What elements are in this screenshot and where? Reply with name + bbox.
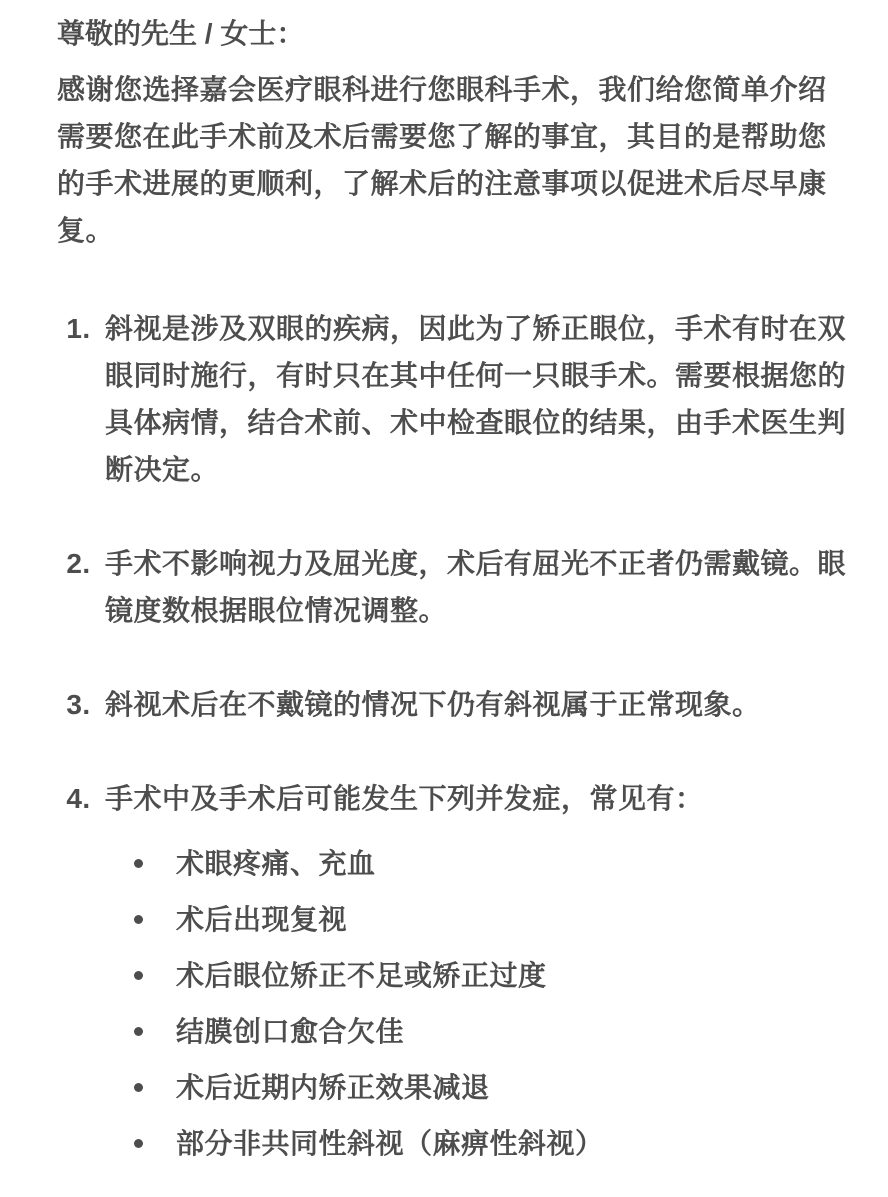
bullet-icon [134,971,143,980]
complication-text: 术后近期内矫正效果减退 [176,1072,490,1103]
complication-text: 术眼疼痛、充血 [176,848,376,879]
salutation: 尊敬的先生 / 女士： [57,10,852,57]
complication-item: 部分非共同性斜视（麻痹性斜视） [176,1120,852,1167]
numbered-item-text: 手术不影响视力及屈光度，术后有屈光不正者仍需戴镜。眼镜度数根据眼位情况调整。 [105,548,846,626]
numbered-item: 斜视术后在不戴镜的情况下仍有斜视属于正常现象。 [99,681,852,728]
complication-text: 术后眼位矫正不足或矫正过度 [176,960,547,991]
numbered-item: 手术不影响视力及屈光度，术后有屈光不正者仍需戴镜。眼镜度数根据眼位情况调整。 [99,540,852,634]
numbered-item-text: 斜视是涉及双眼的疾病，因此为了矫正眼位，手术有时在双眼同时施行，有时只在其中任何… [105,313,846,485]
complication-text: 术后出现复视 [176,904,347,935]
complication-item: 结膜创口愈合欠佳 [176,1008,852,1055]
intro-paragraph: 感谢您选择嘉会医疗眼科进行您眼科手术，我们给您简单介绍需要您在此手术前及术后需要… [57,66,852,254]
complication-text: 部分非共同性斜视（麻痹性斜视） [176,1128,604,1159]
numbered-item: 手术中及手术后可能发生下列并发症，常见有：术眼疼痛、充血术后出现复视术后眼位矫正… [99,775,852,1167]
surgery-notes-list: 斜视是涉及双眼的疾病，因此为了矫正眼位，手术有时在双眼同时施行，有时只在其中任何… [57,305,852,1167]
bullet-icon [134,859,143,868]
complication-item: 术后眼位矫正不足或矫正过度 [176,952,852,999]
complication-item: 术后出现复视 [176,896,852,943]
bullet-icon [134,1139,143,1148]
patient-info-document: 尊敬的先生 / 女士： 感谢您选择嘉会医疗眼科进行您眼科手术，我们给您简单介绍需… [0,0,888,1197]
bullet-icon [134,1027,143,1036]
bullet-icon [134,1083,143,1092]
numbered-item: 斜视是涉及双眼的疾病，因此为了矫正眼位，手术有时在双眼同时施行，有时只在其中任何… [99,305,852,493]
complication-item: 术后近期内矫正效果减退 [176,1064,852,1111]
numbered-item-text: 手术中及手术后可能发生下列并发症，常见有： [105,783,704,814]
complication-text: 结膜创口愈合欠佳 [176,1016,404,1047]
complications-list: 术眼疼痛、充血术后出现复视术后眼位矫正不足或矫正过度结膜创口愈合欠佳术后近期内矫… [105,840,852,1167]
numbered-item-text: 斜视术后在不戴镜的情况下仍有斜视属于正常现象。 [105,689,761,720]
complication-item: 术眼疼痛、充血 [176,840,852,887]
bullet-icon [134,915,143,924]
